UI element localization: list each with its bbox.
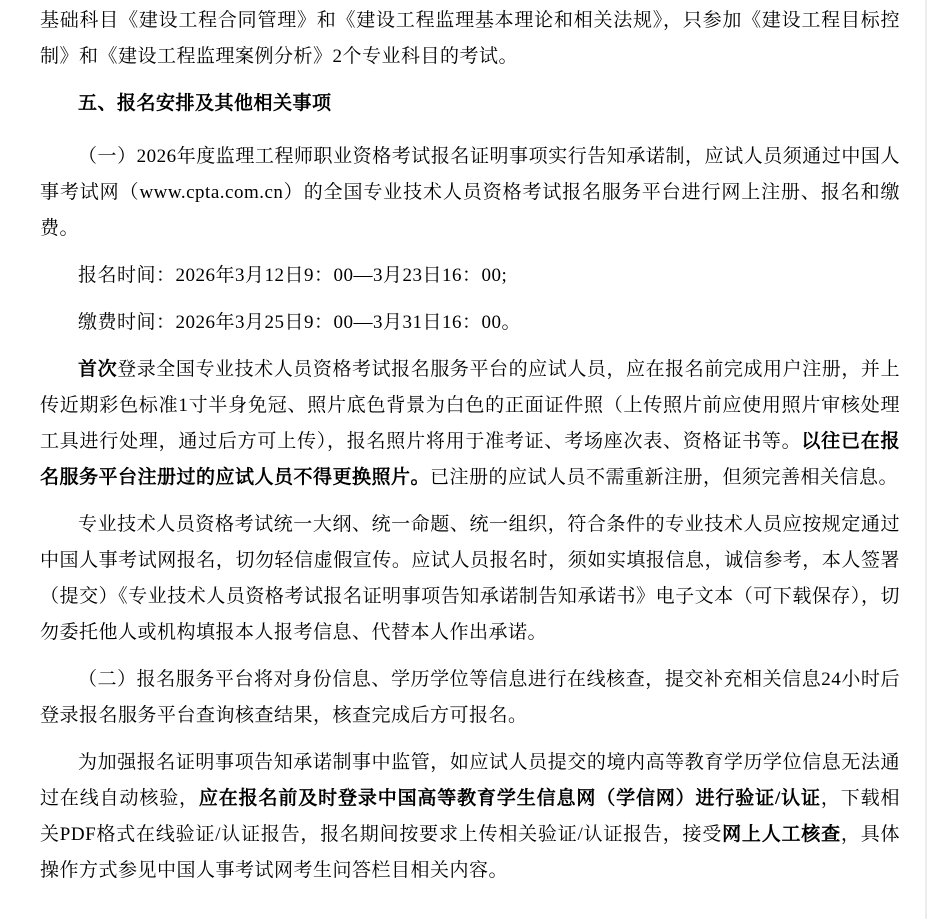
paragraph-registration-time: 报名时间：2026年3月12日9：00—3月23日16：00; bbox=[40, 258, 900, 294]
paragraph-unified-exam: 专业技术人员资格考试统一大纲、统一命题、统一组织，符合条件的专业技术人员应按规定… bbox=[40, 507, 900, 651]
section-heading-text: 五、报名安排及其他相关事项 bbox=[78, 93, 332, 114]
paragraph-item-one: （一）2026年度监理工程师职业资格考试报名证明事项实行告知承诺制，应试人员须通… bbox=[40, 139, 900, 247]
bold-text: 网上人工核查 bbox=[722, 824, 841, 845]
document-page: 基础科目《建设工程合同管理》和《建设工程监理基本理论和相关法规》，只参加《建设工… bbox=[0, 0, 939, 919]
body-text: （一）2026年度监理工程师职业资格考试报名证明事项实行告知承诺制，应试人员须通… bbox=[40, 146, 900, 239]
payment-time-text: 缴费时间：2026年3月25日9：00—3月31日16：00。 bbox=[78, 312, 521, 333]
section-heading: 五、报名安排及其他相关事项 bbox=[40, 86, 900, 122]
registration-time-text: 报名时间：2026年3月12日9：00—3月23日16：00; bbox=[78, 265, 507, 286]
document-body: 基础科目《建设工程合同管理》和《建设工程监理基本理论和相关法规》，只参加《建设工… bbox=[40, 3, 900, 900]
paragraph-payment-time: 缴费时间：2026年3月25日9：00—3月31日16：00。 bbox=[40, 305, 900, 341]
body-text: 登录全国专业技术人员资格考试报名服务平台的应试人员，应在报名前完成用户注册，并上… bbox=[40, 359, 900, 452]
body-text: 已注册的应试人员不需重新注册，但须完善相关信息。 bbox=[430, 467, 898, 488]
bold-text: 应在报名前及时登录中国高等教育学生信息网（学信网）进行验证/认证 bbox=[199, 788, 821, 809]
body-text: 专业技术人员资格考试统一大纲、统一命题、统一组织，符合条件的专业技术人员应按规定… bbox=[40, 514, 900, 643]
body-text: 基础科目《建设工程合同管理》和《建设工程监理基本理论和相关法规》，只参加《建设工… bbox=[40, 10, 900, 67]
bold-text: 首次 bbox=[78, 359, 117, 380]
page-right-border bbox=[925, 0, 927, 919]
paragraph-first-login: 首次登录全国专业技术人员资格考试报名服务平台的应试人员，应在报名前完成用户注册，… bbox=[40, 352, 900, 496]
paragraph-verification: 为加强报名证明事项告知承诺制事中监管，如应试人员提交的境内高等教育学历学位信息无… bbox=[40, 745, 900, 889]
paragraph-subject-continuation: 基础科目《建设工程合同管理》和《建设工程监理基本理论和相关法规》，只参加《建设工… bbox=[40, 3, 900, 75]
paragraph-item-two: （二）报名服务平台将对身份信息、学历学位等信息进行在线核查，提交补充相关信息24… bbox=[40, 662, 900, 734]
body-text: （二）报名服务平台将对身份信息、学历学位等信息进行在线核查，提交补充相关信息24… bbox=[40, 669, 900, 726]
